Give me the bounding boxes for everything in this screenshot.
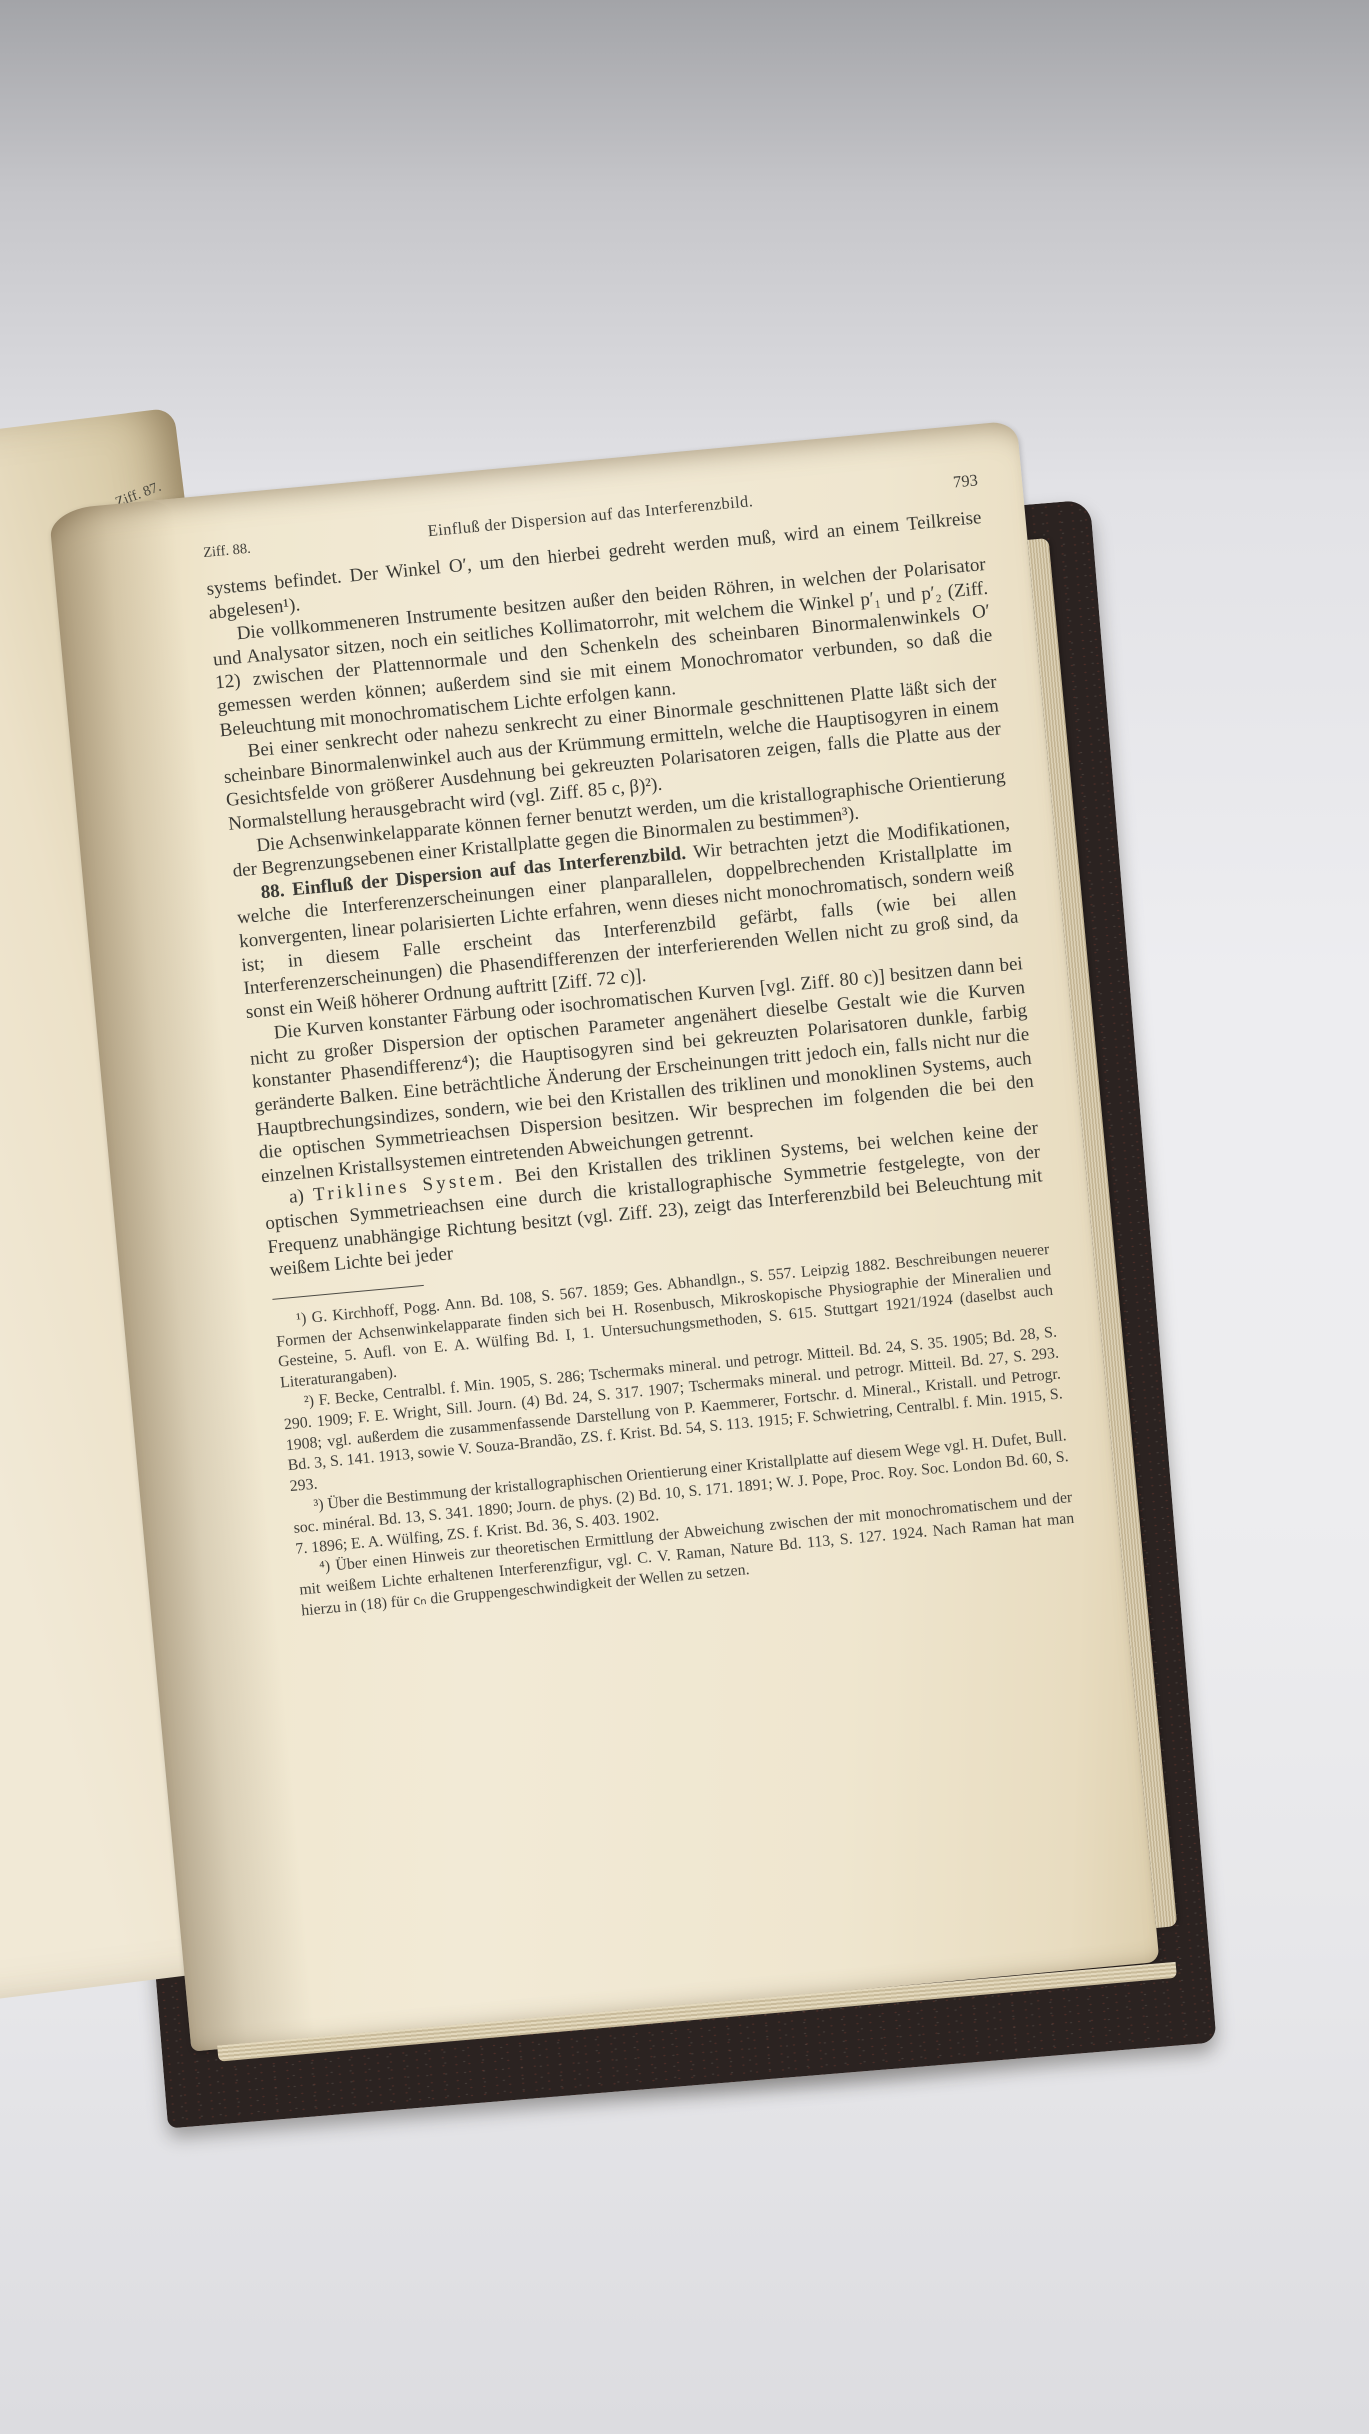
page-number: 793 [885,470,978,498]
footnote-rule [272,1285,423,1300]
body-paragraphs: systems befindet. Der Winkel O′, um den … [206,506,1046,1283]
page-content: Ziff. 88. Einfluß der Dispersion auf das… [49,420,1160,2051]
text-run: a) [288,1185,314,1208]
right-page: Ziff. 88. Einfluß der Dispersion auf das… [49,420,1160,2051]
book-photo: Ziff. 87. ne bemerkbar, fallsdie Schwing… [0,0,1369,2434]
ziff-label: Ziff. 88. [202,537,295,562]
footnotes: ¹) G. Kirchhoff, Pogg. Ann. Bd. 108, S. … [274,1240,1077,1622]
